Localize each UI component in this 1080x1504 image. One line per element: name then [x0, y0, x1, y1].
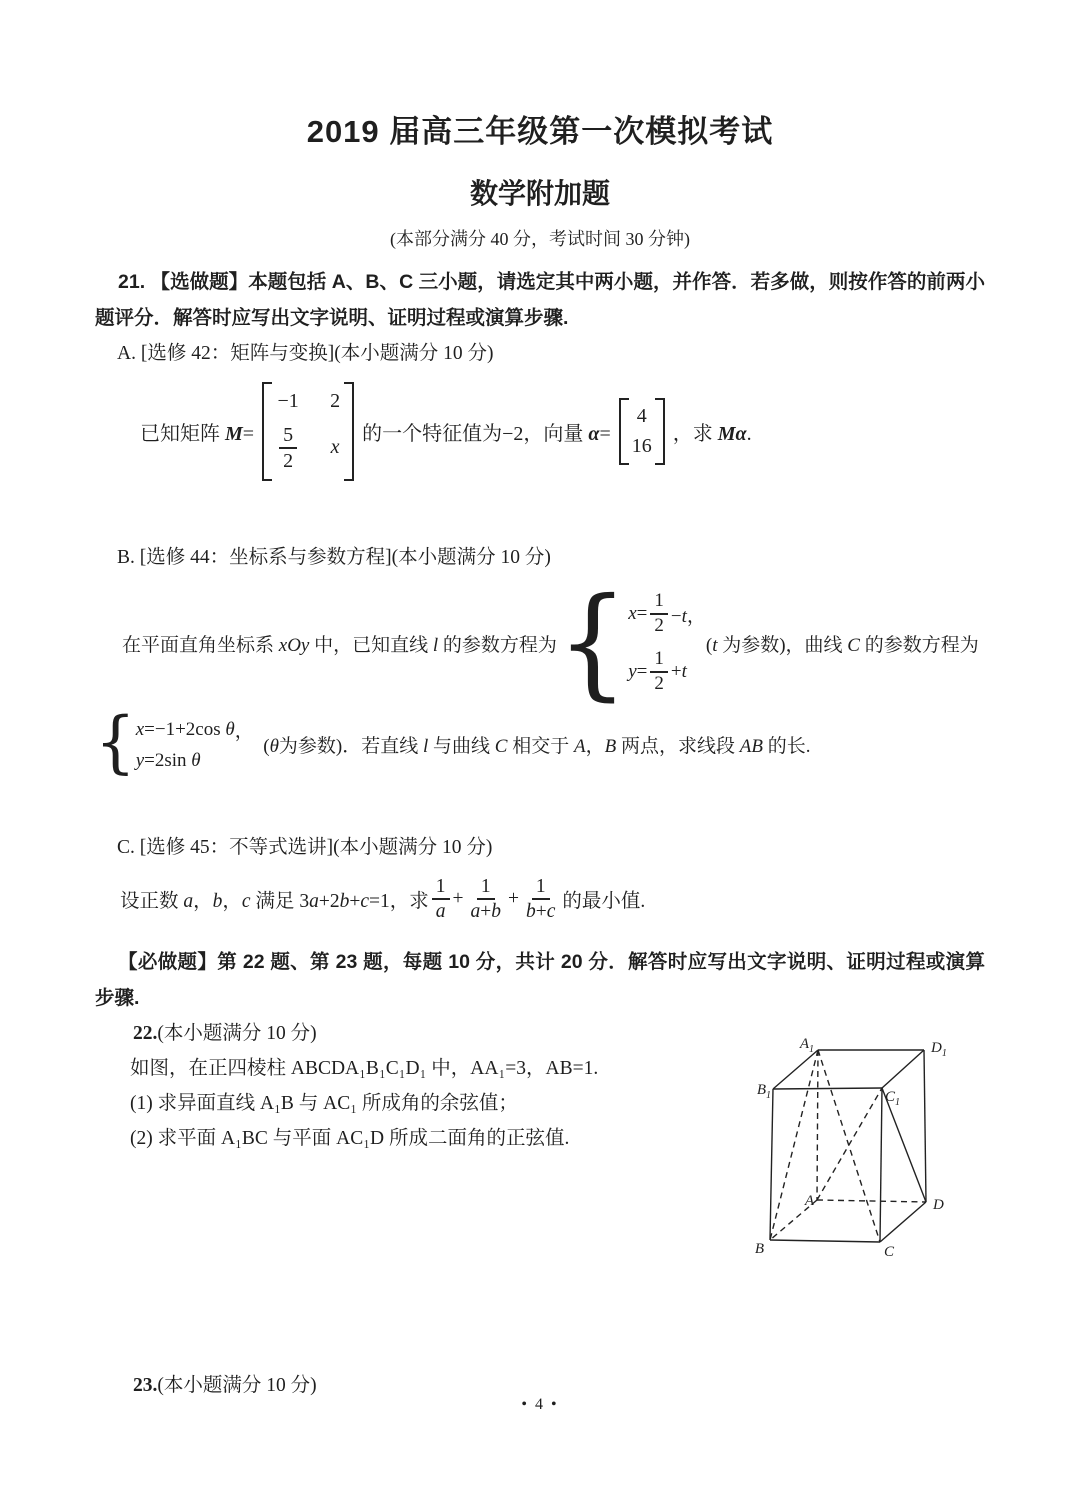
page-title: 2019 届高三年级第一次模拟考试: [95, 112, 985, 152]
edge-A1A: [817, 1050, 818, 1200]
system-C-eq-x: x=−1+2cos θ，: [136, 716, 254, 743]
diagonal-A1B: [770, 1050, 818, 1240]
plus-sign: +: [508, 888, 519, 910]
edge-CD: [880, 1202, 926, 1242]
q21a-text-pre: 已知矩阵 M=: [140, 417, 254, 446]
diagonal-A1C: [818, 1050, 880, 1242]
exam-note: (本部分满分 40 分，考试时间 30 分钟): [95, 227, 985, 251]
q21b-text-tail: (θ为参数)．若直线 l 与曲线 C 相交于 A，B 两点，求线段 AB 的长.: [254, 731, 811, 758]
vertex-label-A: A: [804, 1193, 815, 1209]
q21a-problem: 已知矩阵 M= −1 2 5 2 x 的一个特征值为−2，向量 α= 4 16: [140, 378, 985, 484]
q21a-text-mid: 的一个特征值为−2，向量 α=: [362, 417, 611, 446]
q21b-text-intro: 在平面直角坐标系 xOy 中，已知直线 l 的参数方程为: [122, 630, 557, 657]
fraction-one-half: 1 2: [650, 590, 668, 638]
q21c-text-post: 的最小值.: [562, 885, 645, 913]
system-l-eq-x: x= 1 2 −t，: [628, 590, 706, 638]
q21c-problem: 设正数 a，b，c 满足 3a+2b+c=1，求 1 a + 1 a+b + 1…: [120, 870, 985, 928]
q21b-text-mid: (t 为参数)，曲线 C 的参数方程为: [706, 630, 979, 657]
matrix-cell-22: x: [331, 436, 340, 459]
vector-bracket-right: [655, 398, 665, 465]
q21a-text-post: ，求 Mα.: [673, 417, 752, 446]
matrix-bracket-right: [344, 382, 354, 481]
prism-hidden-edges: [770, 1050, 926, 1242]
q22-figure: A1 D1 B1 C1 A D B C: [745, 1032, 1000, 1267]
matrix-cell-11: −1: [277, 390, 298, 413]
vector-row-1: 4: [637, 405, 647, 428]
system-brace: {: [95, 714, 136, 774]
q21b-problem-line-2: { x=−1+2cos θ， y=2sin θ (θ为参数)．若直线 l 与曲线…: [95, 708, 985, 780]
vector-alpha: 4 16: [619, 398, 665, 465]
edge-BC: [770, 1240, 880, 1242]
page-number: • 4 •: [0, 1396, 1080, 1414]
system-l-eq-y: y= 1 2 +t: [628, 648, 687, 696]
edge-AD: [817, 1200, 926, 1202]
matrix-cell-21-fraction: 5 2: [279, 423, 297, 473]
diagonal-C1D: [882, 1088, 926, 1202]
vertex-label-D1: D1: [930, 1040, 947, 1059]
param-system-line-l: { x= 1 2 −t， y= 1 2 +t: [557, 590, 706, 695]
edge-B1C1: [773, 1088, 882, 1089]
q21-intro: 21. 【选做题】本题包括 A、B、C 三小题，请选定其中两小题，并作答．若多做…: [95, 264, 985, 336]
vector-bracket-left: [619, 398, 629, 465]
vertex-label-D: D: [932, 1197, 944, 1213]
fraction-1-over-a-plus-b: 1 a+b: [467, 875, 506, 924]
diagonal-AC1: [817, 1088, 882, 1200]
vector-row-2: 16: [632, 435, 652, 458]
vertex-label-C1: C1: [885, 1089, 900, 1108]
matrix-cell-12: 2: [330, 390, 340, 413]
fraction-1-over-a: 1 a: [432, 875, 450, 924]
edge-B1B: [770, 1089, 773, 1240]
fraction-denominator: 2: [279, 449, 297, 473]
q21b-heading: B. [选修 44：坐标系与参数方程](本小题满分 10 分): [117, 540, 985, 576]
edge-D1D: [924, 1050, 926, 1202]
matrix-entries: −1 2 5 2 x: [272, 382, 344, 481]
vector-entries: 4 16: [629, 398, 655, 465]
vertex-labels: A1 D1 B1 C1 A D B C: [755, 1036, 947, 1260]
fraction-numerator: 5: [279, 423, 297, 449]
fraction-1-over-b-plus-c: 1 b+c: [522, 875, 559, 924]
matrix-M: −1 2 5 2 x: [262, 382, 354, 481]
edge-C1C: [880, 1088, 882, 1242]
vertex-label-B: B: [755, 1241, 764, 1257]
q21b-problem-line-1: 在平面直角坐标系 xOy 中，已知直线 l 的参数方程为 { x= 1 2 −t…: [122, 580, 985, 706]
system-C-eq-y: y=2sin θ: [136, 750, 201, 772]
system-brace: {: [557, 589, 628, 698]
page-subtitle: 数学附加题: [95, 176, 985, 212]
required-note: 【必做题】第 22 题、第 23 题，每题 10 分，共计 20 分．解答时应写…: [95, 944, 985, 1016]
q21a-heading: A. [选修 42：矩阵与变换](本小题满分 10 分): [117, 336, 985, 372]
param-system-curve-C: { x=−1+2cos θ， y=2sin θ: [95, 715, 254, 773]
matrix-bracket-left: [262, 382, 272, 481]
exam-page: 2019 届高三年级第一次模拟考试 数学附加题 (本部分满分 40 分，考试时间…: [0, 0, 1080, 1504]
vertex-label-C: C: [884, 1244, 895, 1260]
vertex-label-A1: A1: [799, 1036, 814, 1055]
q21c-text-pre: 设正数 a，b，c 满足 3a+2b+c=1，求: [120, 885, 429, 913]
plus-sign: +: [453, 888, 464, 910]
edge-A1B1: [773, 1050, 818, 1089]
edge-C1D1: [882, 1050, 924, 1088]
fraction-one-half: 1 2: [650, 648, 668, 696]
q21c-heading: C. [选修 45：不等式选讲](本小题满分 10 分): [117, 830, 985, 866]
vertex-label-B1: B1: [757, 1082, 771, 1101]
